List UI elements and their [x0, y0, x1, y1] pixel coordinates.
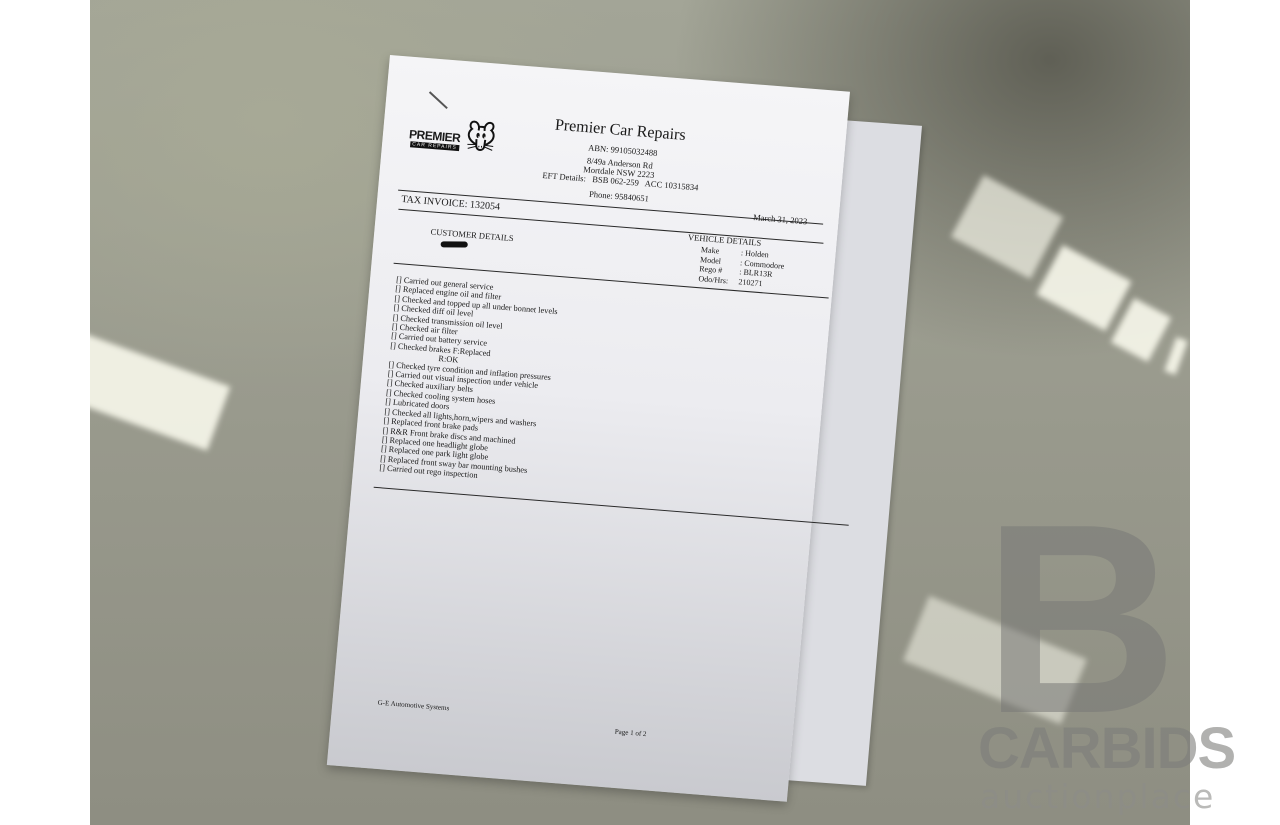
company-logo: PREMIER CAR REPAIRS 🐭︎ — [406, 119, 501, 178]
company-phone: Phone: 95840651 — [589, 189, 650, 204]
footer-page-number: Page 1 of 2 — [614, 728, 646, 739]
light-reflection — [1036, 245, 1131, 331]
vehicle-details-label: VEHICLE DETAILS — [688, 232, 762, 248]
light-reflection — [903, 596, 1087, 725]
mouse-mascot-icon: 🐭︎ — [464, 124, 498, 157]
light-reflection — [1164, 337, 1188, 375]
footer-software-name: G-E Automotive Systems — [377, 699, 449, 713]
staple-icon — [429, 91, 448, 109]
service-checklist: [] Carried out general service [] Replac… — [379, 275, 560, 486]
company-name: Premier Car Repairs — [554, 117, 686, 145]
invoice-page: PREMIER CAR REPAIRS 🐭︎ Premier Car Repai… — [327, 55, 850, 802]
invoice-date: March 31, 2023 — [753, 212, 808, 226]
divider — [374, 487, 849, 526]
redacted-customer-name — [441, 241, 468, 247]
vehicle-details-table: Make: Holden Model: Commodore Rego #: BL… — [698, 245, 786, 290]
light-reflection — [1111, 298, 1172, 362]
light-reflection — [90, 332, 230, 451]
light-reflection — [951, 175, 1063, 279]
